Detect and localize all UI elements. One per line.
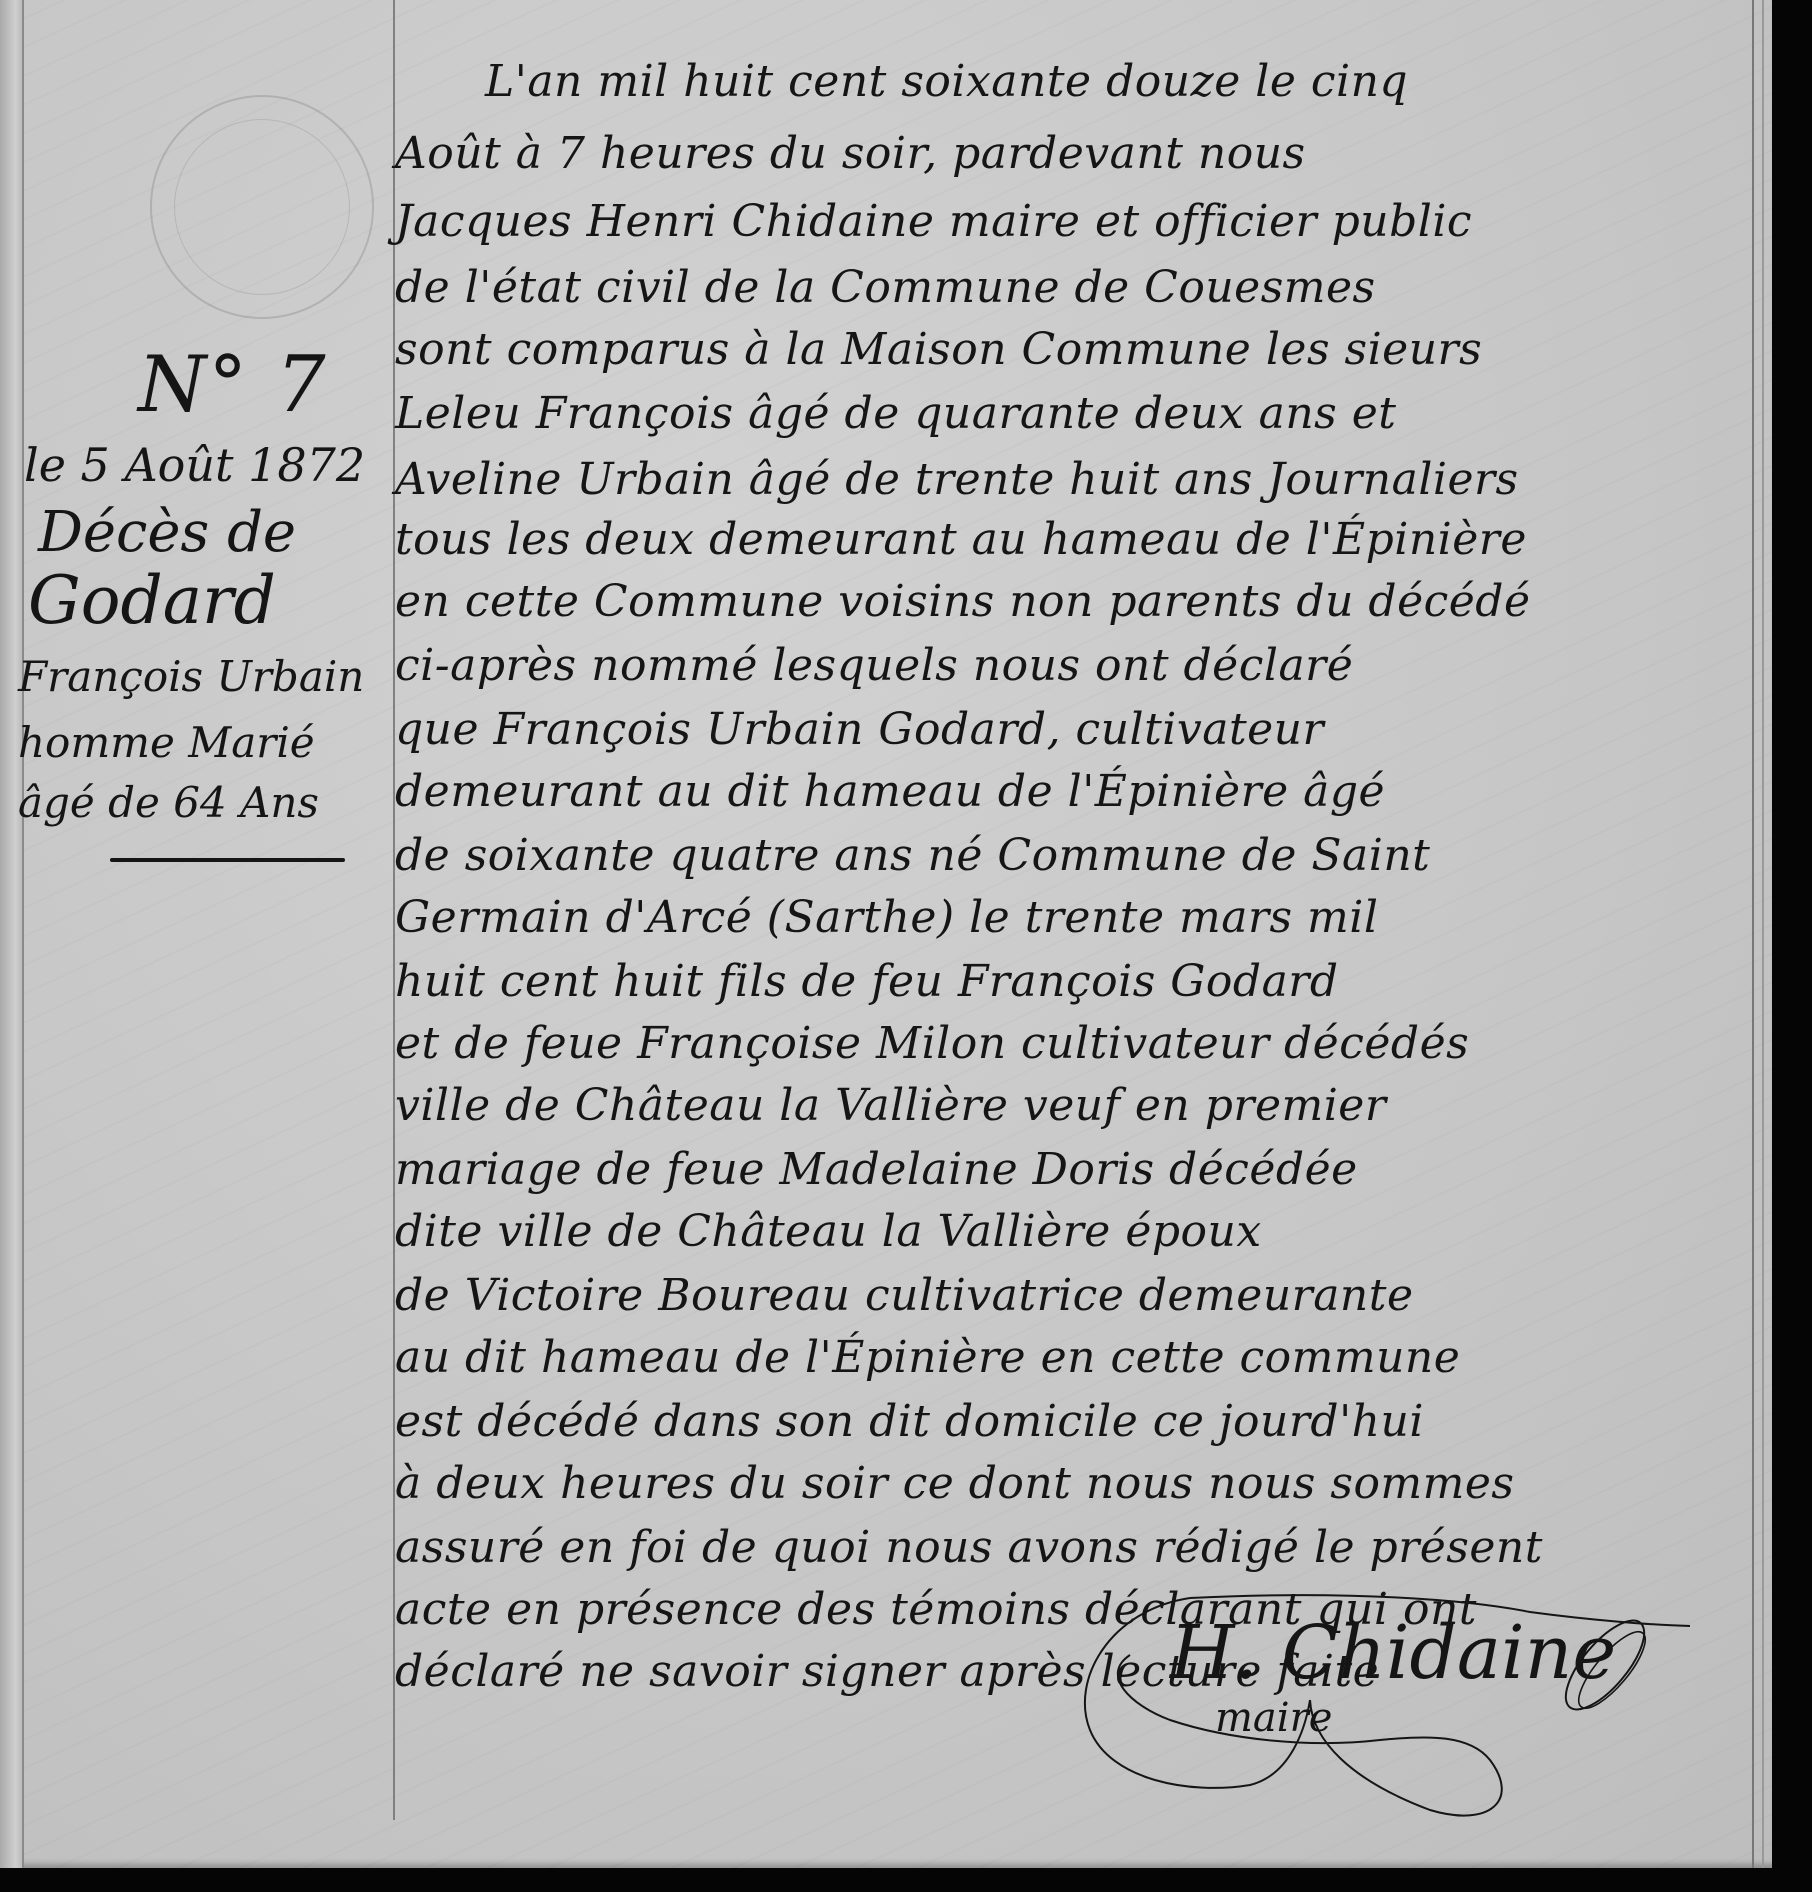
register-page: N° 7 le 5 Août 1872 Décès de Godard Fran…: [0, 0, 1772, 1868]
body-line: ville de Château la Vallière veuf en pre…: [395, 1084, 1386, 1128]
body-line: de l'état civil de la Commune de Couesme…: [395, 266, 1376, 310]
body-line: de Victoire Boureau cultivatrice demeura…: [395, 1274, 1413, 1318]
body-line: à deux heures du soir ce dont nous nous …: [395, 1462, 1515, 1506]
signature-flourish-icon: [1050, 1570, 1710, 1830]
deceased-given-names: François Urbain: [18, 652, 364, 701]
body-line: ci-après nommé lesquels nous ont déclaré: [395, 644, 1353, 688]
entry-number: N° 7: [138, 340, 328, 430]
mayor-signature: H. Chidaine maire: [1050, 1570, 1710, 1830]
body-line: est décédé dans son dit domicile ce jour…: [395, 1400, 1424, 1444]
body-line: Jacques Henri Chidaine maire et officier…: [395, 200, 1472, 244]
body-line: Germain d'Arcé (Sarthe) le trente mars m…: [395, 896, 1378, 940]
body-line: au dit hameau de l'Épinière en cette com…: [395, 1336, 1460, 1380]
body-line: Août à 7 heures du soir, pardevant nous: [395, 132, 1306, 176]
body-line: demeurant au dit hameau de l'Épinière âg…: [395, 770, 1385, 814]
page-edge-right: [1752, 0, 1754, 1868]
body-line: que François Urbain Godard, cultivateur: [395, 708, 1324, 752]
faded-stamp-seal: [150, 95, 374, 319]
entry-date: le 5 Août 1872: [24, 438, 365, 492]
body-line: en cette Commune voisins non parents du …: [395, 580, 1531, 624]
deceased-surname: Godard: [28, 562, 276, 639]
body-line: Aveline Urbain âgé de trente huit ans Jo…: [395, 458, 1519, 502]
binding-gutter: [0, 0, 22, 1868]
body-line: dite ville de Château la Vallière époux: [395, 1210, 1262, 1254]
margin-separator: [110, 858, 345, 862]
page-edge-right-2: [1762, 0, 1764, 1868]
body-line: assuré en foi de quoi nous avons rédigé …: [395, 1526, 1543, 1570]
body-line: et de feue Françoise Milon cultivateur d…: [395, 1022, 1469, 1066]
body-line: tous les deux demeurant au hameau de l'É…: [395, 518, 1527, 562]
body-line: de soixante quatre ans né Commune de Sai…: [395, 834, 1430, 878]
body-line: huit cent huit fils de feu François Goda…: [395, 960, 1339, 1004]
body-line: sont comparus à la Maison Commune les si…: [395, 328, 1482, 372]
body-line: Leleu François âgé de quarante deux ans …: [395, 392, 1396, 436]
entry-title: Décès de: [38, 500, 296, 565]
page-edge-left: [22, 0, 24, 1868]
signature-title: maire: [1215, 1695, 1332, 1741]
deceased-age: âgé de 64 Ans: [18, 778, 319, 827]
body-line: L'an mil huit cent soixante douze le cin…: [485, 60, 1408, 104]
deceased-status: homme Marié: [18, 718, 315, 767]
body-line: mariage de feue Madelaine Doris décédée: [395, 1148, 1358, 1192]
signature-name: H. Chidaine: [1170, 1610, 1616, 1696]
